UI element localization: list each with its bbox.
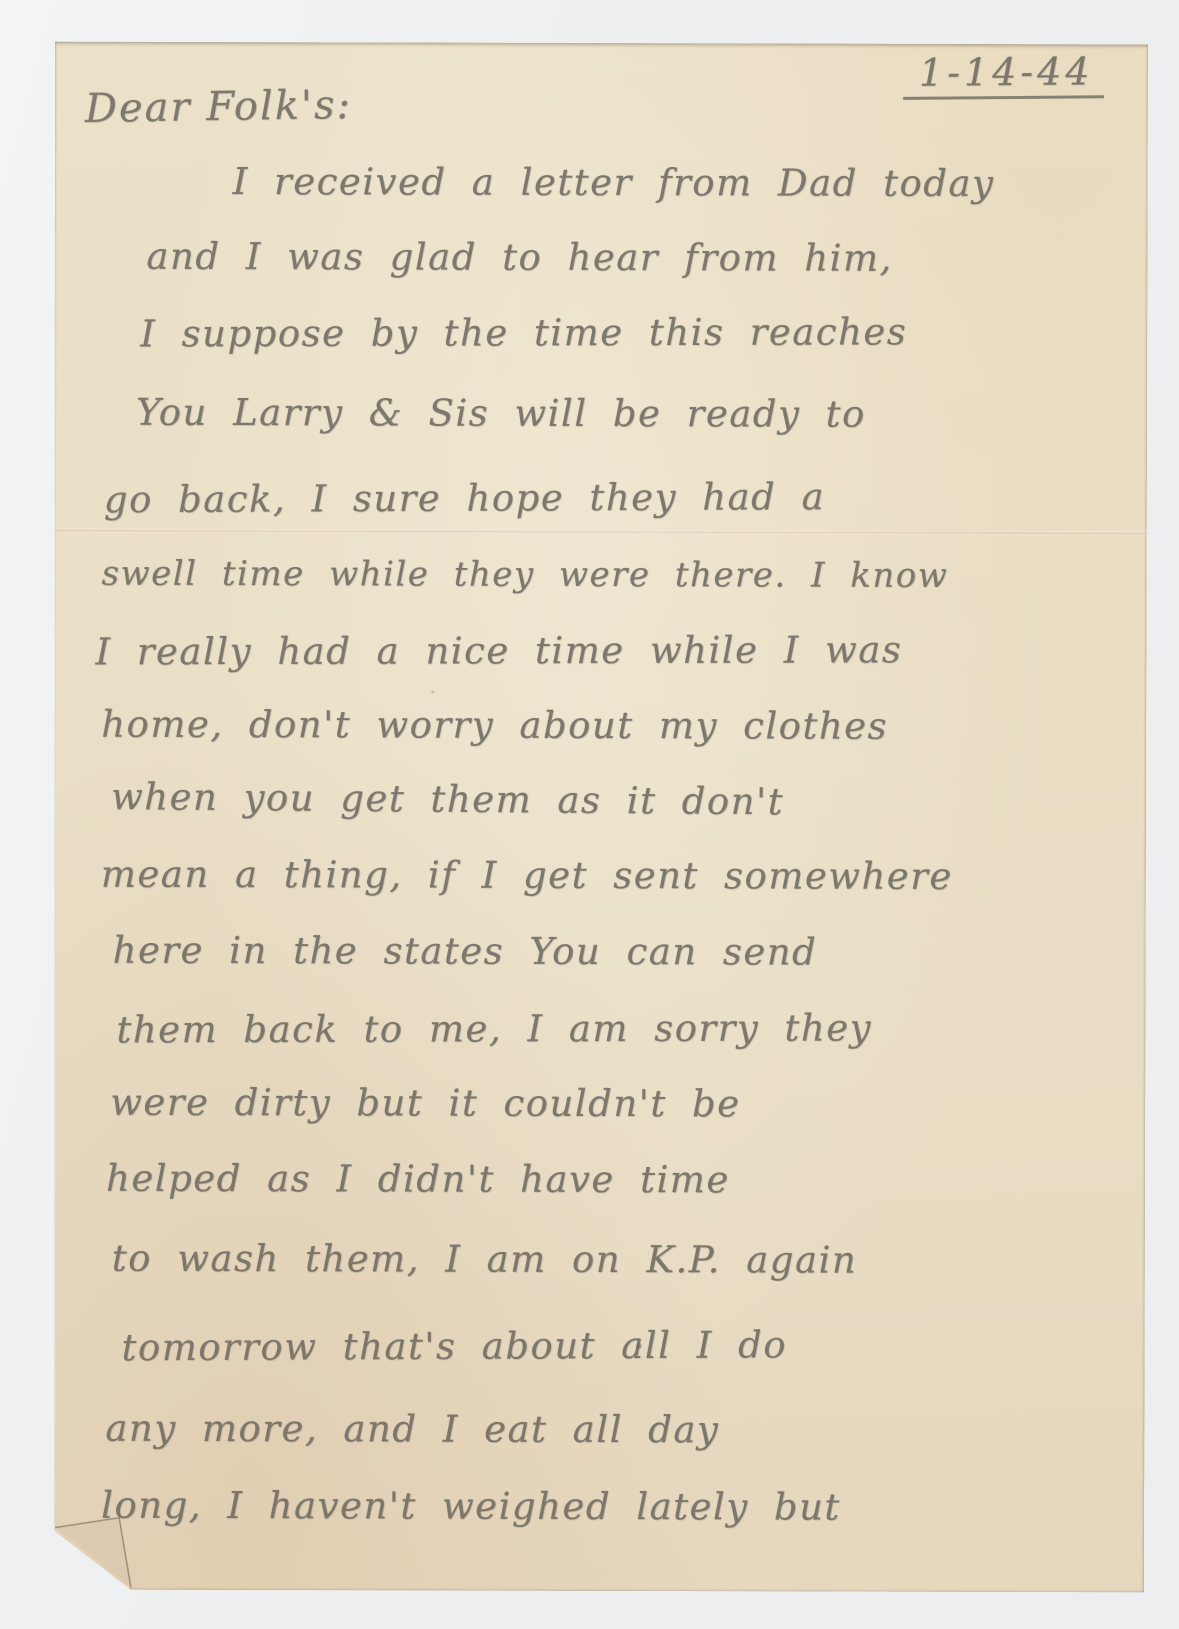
letter-date: 1-14-44 xyxy=(903,49,1104,100)
letter-line: mean a thing, if I get sent somewhere xyxy=(101,837,1126,915)
letter-line: helped as I didn't have time xyxy=(106,1140,1125,1221)
letter-body: I received a letter from Dad today and I… xyxy=(99,144,1128,1546)
letter-line: when you get them as it don't xyxy=(111,759,1127,842)
letter-line: any more, and I eat all day xyxy=(105,1390,1124,1471)
letter-line: I received a letter from Dad today xyxy=(233,144,1128,221)
letter-line: here in the states You can send xyxy=(113,912,1126,993)
pencil-speck xyxy=(431,691,434,694)
letter-line: You Larry & Sis will be ready to xyxy=(136,369,1127,460)
letter-line: I suppose by the time this reaches xyxy=(140,294,1127,372)
letter-line: and I was glad to hear from him, xyxy=(146,219,1127,297)
letter-line: tomorrow that's about all I do xyxy=(121,1299,1124,1393)
pencil-speck xyxy=(637,1343,642,1349)
date-block: 1-14-44 xyxy=(903,50,1104,100)
letter-line: home, don't worry about my clothes xyxy=(101,687,1126,765)
letter-line: them back to me, I am sorry they xyxy=(116,990,1125,1068)
letter-line: to wash them, I am on K.P. again xyxy=(112,1218,1125,1303)
salutation: Dear Folk's: xyxy=(85,82,353,132)
letter-line: I really had a nice time while I was xyxy=(95,612,1126,690)
letter-line: go back, I sure hope they had a xyxy=(104,456,1127,540)
letter-line: swell time while they were there. I know xyxy=(102,537,1127,615)
scan-background: { "letter": { "date": "1-14-44", "saluta… xyxy=(0,0,1179,1629)
pencil-speck xyxy=(1156,1401,1160,1405)
letter-line: were dirty but it couldn't be xyxy=(110,1065,1125,1143)
letter-line: long, I haven't weighed lately but xyxy=(101,1468,1124,1546)
letter-page: 1-14-44 Dear Folk's: I received a letter… xyxy=(51,42,1148,1593)
